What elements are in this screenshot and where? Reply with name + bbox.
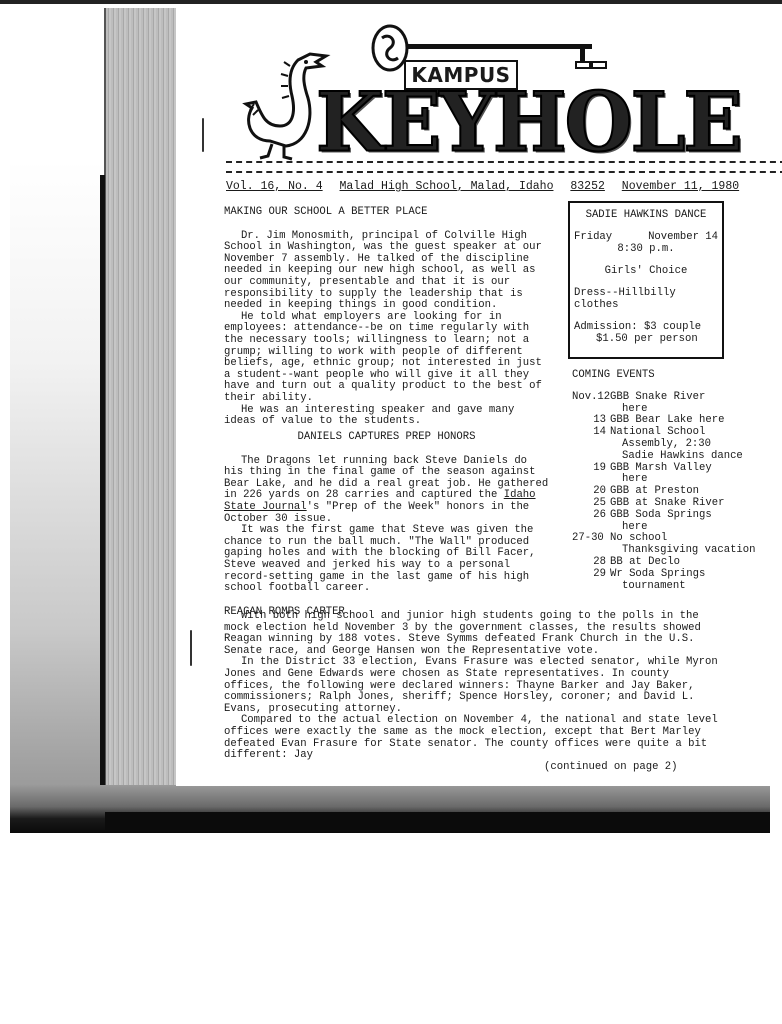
event-item: tournament	[572, 581, 762, 593]
article-paragraph: It was the first game that Steve was giv…	[224, 525, 549, 595]
event-item: 19GBB Marsh Valley	[572, 463, 762, 475]
event-description: BB at Declo	[610, 557, 762, 569]
article-paragraph: He was an interesting speaker and gave m…	[224, 405, 549, 428]
article-paragraph: Dr. Jim Monosmith, principal of Colville…	[224, 231, 549, 312]
coming-events-title: COMING EVENTS	[572, 370, 762, 382]
event-date	[572, 451, 610, 463]
scan-edge-top	[0, 0, 782, 4]
coming-events: COMING EVENTS Nov.12GBB Snake Riverhere1…	[572, 370, 762, 592]
event-item: 29Wr Soda Springs	[572, 569, 762, 581]
event-date: 14	[572, 427, 610, 439]
sadie-hawkins-box: SADIE HAWKINS DANCE FridayNovember 14 8:…	[568, 201, 724, 359]
event-description: GBB Snake River	[610, 392, 762, 404]
article-headline: MAKING OUR SCHOOL A BETTER PLACE	[224, 207, 549, 219]
zip-code: 83252	[570, 180, 605, 193]
event-choice: Girls' Choice	[574, 265, 718, 277]
margin-mark	[190, 630, 192, 666]
event-date: 28	[572, 557, 610, 569]
article-paragraph: With both high school and junior high st…	[224, 611, 726, 657]
scan-shadow-strip	[104, 8, 178, 798]
event-description: Wr Soda Springs	[610, 569, 762, 581]
margin-mark	[202, 118, 204, 152]
event-description: Assembly, 2:30	[610, 439, 762, 451]
volume-number: Vol. 16, No. 4	[226, 180, 323, 193]
scan-dark-bottom-bar	[105, 812, 770, 830]
article-making-school-better: MAKING OUR SCHOOL A BETTER PLACE Dr. Jim…	[224, 207, 549, 428]
divider	[226, 161, 782, 163]
event-item: 25GBB at Snake River	[572, 498, 762, 510]
event-description: Sadie Hawkins dance	[610, 451, 762, 463]
school-location: Malad High School, Malad, Idaho	[340, 180, 554, 193]
masthead: KAMPUS KEYHOLE	[240, 18, 630, 168]
article-paragraph: Compared to the actual election on Novem…	[224, 715, 726, 761]
event-item: Sadie Hawkins dance	[572, 451, 762, 463]
event-date: 19	[572, 463, 610, 475]
admission-label: Admission:	[574, 321, 638, 333]
article-reagan-romps-carter: With both high school and junior high st…	[224, 611, 726, 773]
scan-dark-bar	[100, 175, 105, 830]
event-item: 28BB at Declo	[572, 557, 762, 569]
event-item: 26GBB Soda Springs	[572, 510, 762, 522]
event-dress: Dress--Hillbilly clothes	[574, 287, 718, 311]
divider	[226, 171, 782, 173]
issue-date: November 11, 1980	[622, 180, 739, 193]
article-daniels-prep-honors: DANIELS CAPTURES PREP HONORS The Dragons…	[224, 432, 549, 618]
masthead-title: KEYHOLE	[316, 76, 741, 171]
article-paragraph: In the District 33 election, Evans Frasu…	[224, 657, 726, 715]
dateline: Vol. 16, No. 4 Malad High School, Malad,…	[226, 180, 782, 193]
event-list: Nov.12GBB Snake Riverhere13GBB Bear Lake…	[572, 392, 762, 593]
article-paragraph: The Dragons let running back Steve Danie…	[224, 456, 549, 526]
event-date	[572, 439, 610, 451]
event-item: Assembly, 2:30	[572, 439, 762, 451]
box-title: SADIE HAWKINS DANCE	[574, 209, 718, 221]
event-date: November 14	[648, 231, 718, 243]
event-time: 8:30 p.m.	[574, 243, 718, 255]
text: The Dragons let running back Steve Danie…	[224, 455, 548, 502]
article-paragraph: He told what employers are looking for i…	[224, 312, 549, 405]
event-description: GBB at Snake River	[610, 498, 762, 510]
event-date: 26	[572, 510, 610, 522]
scan-background-left	[10, 160, 105, 830]
event-item: Nov.12GBB Snake River	[572, 392, 762, 404]
event-date: 29	[572, 569, 610, 581]
event-date: 27-30	[572, 533, 610, 545]
event-date	[572, 581, 610, 593]
event-description: tournament	[610, 581, 762, 593]
admission-couple: $3 couple	[644, 321, 701, 333]
event-description: GBB Soda Springs	[610, 510, 762, 522]
admission-single: $1.50 per person	[574, 333, 718, 345]
article-headline: DANIELS CAPTURES PREP HONORS	[224, 432, 549, 444]
newspaper-page: KAMPUS KEYHOLE Vol. 16, No. 4 Malad High…	[176, 8, 770, 786]
event-date: Nov.12	[572, 392, 610, 404]
event-date: 25	[572, 498, 610, 510]
continued-note: (continued on page 2)	[224, 762, 726, 774]
event-day: Friday	[574, 231, 612, 243]
